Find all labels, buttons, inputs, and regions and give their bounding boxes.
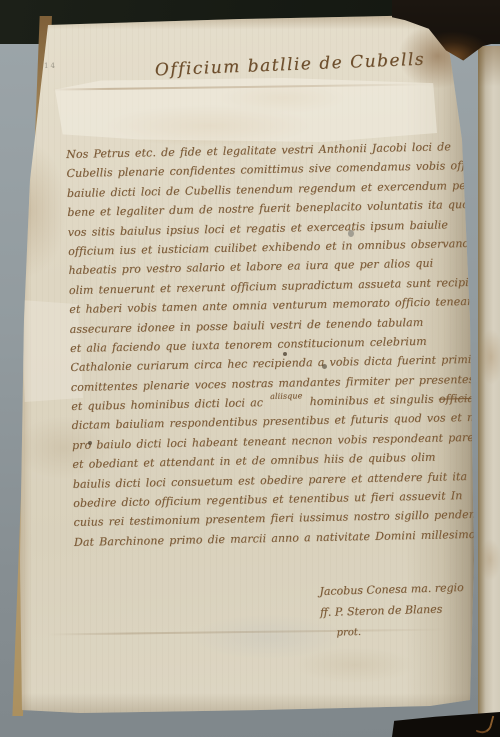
interlinear-addition: aliisque xyxy=(270,391,303,401)
page-title: Officium batllie de Cubells xyxy=(148,49,433,80)
line-text-pre: et quibus hominibus dicti loci ac xyxy=(71,396,263,413)
signature-line: Jacobus Conesa ma. regio xyxy=(319,577,464,602)
ink-blot xyxy=(322,364,327,369)
line-text-mid: hominibus et singulis xyxy=(310,393,434,408)
signature-block: Jacobus Conesa ma. regio ff. P. Steron d… xyxy=(319,577,465,644)
facing-page-sliver xyxy=(478,46,500,722)
manuscript-photograph: 14 Officium batllie de Cubells Nos Petru… xyxy=(0,0,500,737)
text-block: Nos Petrus etc. de fide et legalitate ve… xyxy=(66,137,470,552)
page-content: 14 Officium batllie de Cubells Nos Petru… xyxy=(18,14,474,714)
archival-pencil-mark: 14 xyxy=(44,62,57,70)
ink-blot xyxy=(283,352,287,356)
ink-blot xyxy=(88,441,92,445)
signature-line: prot. xyxy=(336,619,465,644)
ink-smudge xyxy=(348,230,354,237)
manuscript-page: 14 Officium batllie de Cubells Nos Petru… xyxy=(18,14,474,714)
